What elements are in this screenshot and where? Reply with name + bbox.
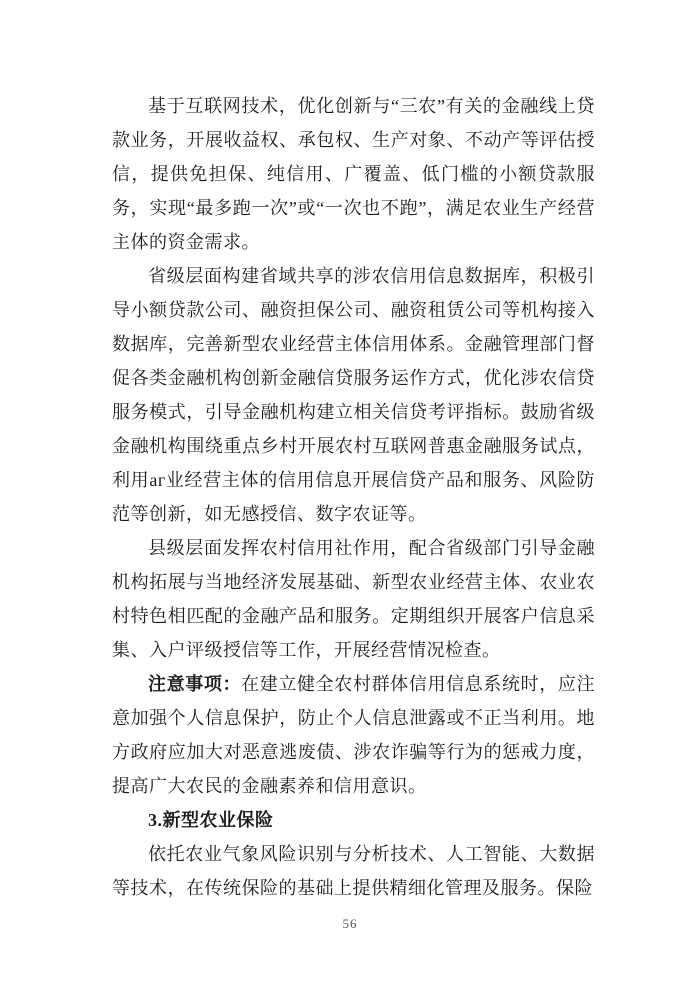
paragraph-4: 依托农业气象风险识别与分析技术、人工智能、大数据等技术，在传统保险的基础上提供精… bbox=[112, 837, 595, 905]
section-heading: 3.新型农业保险 bbox=[112, 803, 595, 837]
paragraph-3: 县级层面发挥农村信用社作用，配合省级部门引导金融机构拓展与当地经济发展基础、新型… bbox=[112, 531, 595, 667]
paragraph-1: 基于互联网技术，优化创新与“三农”有关的金融线上贷款业务，开展收益权、承包权、生… bbox=[112, 89, 595, 259]
document-page: 基于互联网技术，优化创新与“三农”有关的金融线上贷款业务，开展收益权、承包权、生… bbox=[0, 0, 700, 990]
page-number: 56 bbox=[0, 916, 700, 932]
paragraph-note: 注意事项：在建立健全农村群体信用信息系统时，应注意加强个人信息保护，防止个人信息… bbox=[112, 667, 595, 803]
note-label: 注意事项： bbox=[148, 674, 241, 694]
document-body: 基于互联网技术，优化创新与“三农”有关的金融线上贷款业务，开展收益权、承包权、生… bbox=[112, 89, 595, 905]
paragraph-2: 省级层面构建省域共享的涉农信用信息数据库，积极引导小额贷款公司、融资担保公司、融… bbox=[112, 259, 595, 531]
